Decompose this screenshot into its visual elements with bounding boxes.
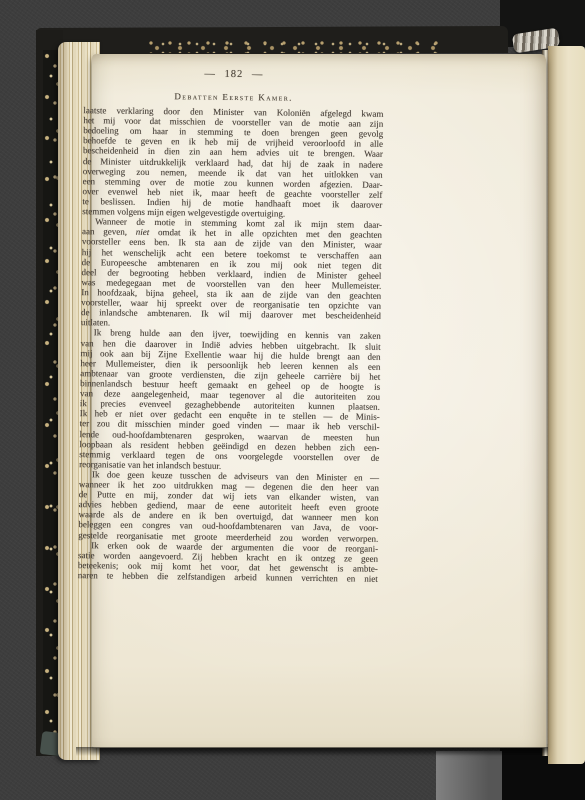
cover-board-bottom xyxy=(436,751,502,800)
paragraph: Ik breng hulde aan den ijver, toewijding… xyxy=(79,328,381,473)
paragraph: Wanneer de motie in stemming komt zal ik… xyxy=(81,216,382,331)
paragraph: Ik erken ook de waarde der argumenten di… xyxy=(78,540,378,584)
running-header: Debatten Eerste Kamer. xyxy=(84,90,384,105)
page-bottom-shadow xyxy=(76,747,548,756)
book-scan-photo: — 182 — Debatten Eerste Kamer. laatste v… xyxy=(0,0,585,800)
page-number: — 182 — xyxy=(84,66,384,83)
facing-page-edge xyxy=(548,46,585,764)
paragraph: laatste verklaring door den Minister van… xyxy=(82,105,383,220)
printed-text-area: — 182 — Debatten Eerste Kamer. laatste v… xyxy=(78,66,384,584)
paragraph: Ik doe geen keuze tusschen de adviseurs … xyxy=(78,469,379,543)
body-text: laatste verklaring door den Minister van… xyxy=(78,105,384,584)
